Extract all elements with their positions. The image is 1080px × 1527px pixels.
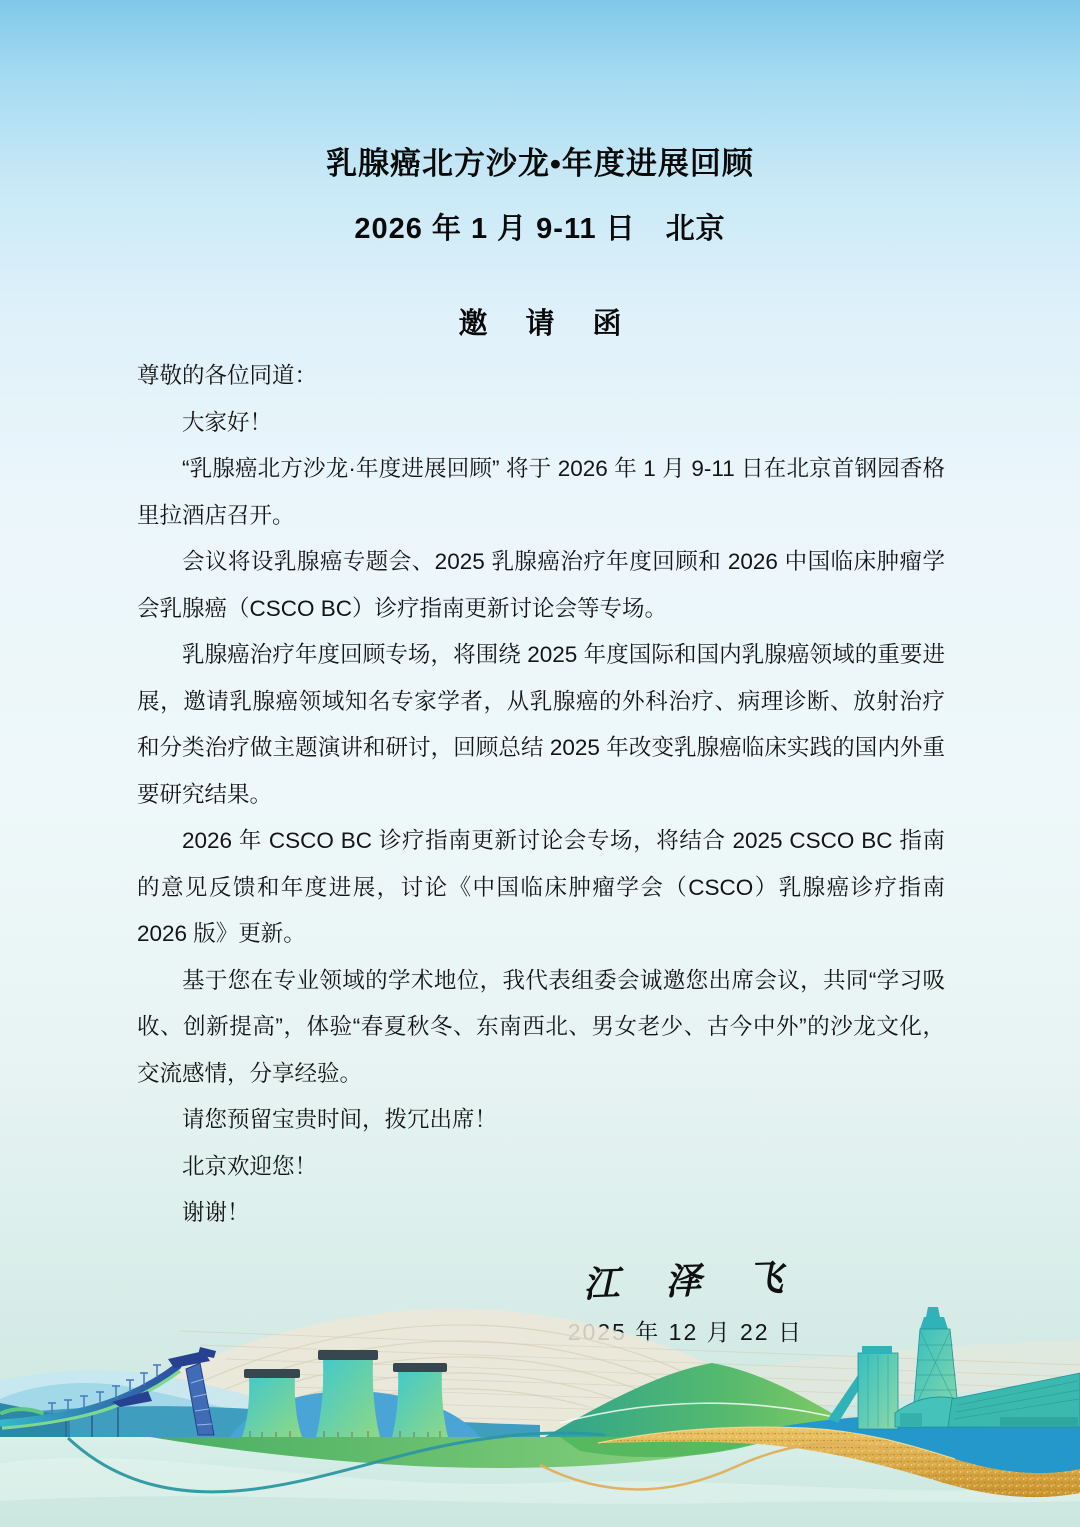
letter-paragraph: 乳腺癌治疗年度回顾专场，将围绕 2025 年度国际和国内乳腺癌领域的重要进展，邀… bbox=[137, 632, 945, 818]
salutation: 尊敬的各位同道： bbox=[137, 353, 945, 400]
letter-paragraph: “乳腺癌北方沙龙·年度进展回顾” 将于 2026 年 1 月 9-11 日在北京… bbox=[137, 446, 945, 539]
letter-body: 尊敬的各位同道： 大家好！ “乳腺癌北方沙龙·年度进展回顾” 将于 2026 年… bbox=[137, 353, 945, 1347]
letter-paragraph: 谢谢！ bbox=[137, 1190, 945, 1237]
letter-paragraph: 2026 年 CSCO BC 诊疗指南更新讨论会专场，将结合 2025 CSCO… bbox=[137, 818, 945, 958]
letter-paragraph: 基于您在专业领域的学术地位，我代表组委会诚邀您出席会议，共同“学习吸收、创新提高… bbox=[137, 958, 945, 1098]
shougang-skyline-illustration bbox=[0, 1295, 1080, 1527]
letter-paragraph: 请您预留宝贵时间，拨冗出席！ bbox=[137, 1097, 945, 1144]
letter-heading: 邀 请 函 bbox=[0, 301, 1080, 342]
letter-paragraph: 北京欢迎您！ bbox=[137, 1144, 945, 1191]
invitation-page: 乳腺癌北方沙龙•年度进展回顾 2026 年 1 月 9-11 日 北京 邀 请 … bbox=[0, 0, 1080, 1527]
letter-header: 乳腺癌北方沙龙•年度进展回顾 2026 年 1 月 9-11 日 北京 bbox=[0, 0, 1080, 247]
event-title: 乳腺癌北方沙龙•年度进展回顾 bbox=[0, 138, 1080, 183]
event-date-location: 2026 年 1 月 9-11 日 北京 bbox=[0, 206, 1080, 247]
letter-paragraph: 会议将设乳腺癌专题会、2025 乳腺癌治疗年度回顾和 2026 中国临床肿瘤学会… bbox=[137, 539, 945, 632]
letter-paragraph: 大家好！ bbox=[137, 400, 945, 447]
